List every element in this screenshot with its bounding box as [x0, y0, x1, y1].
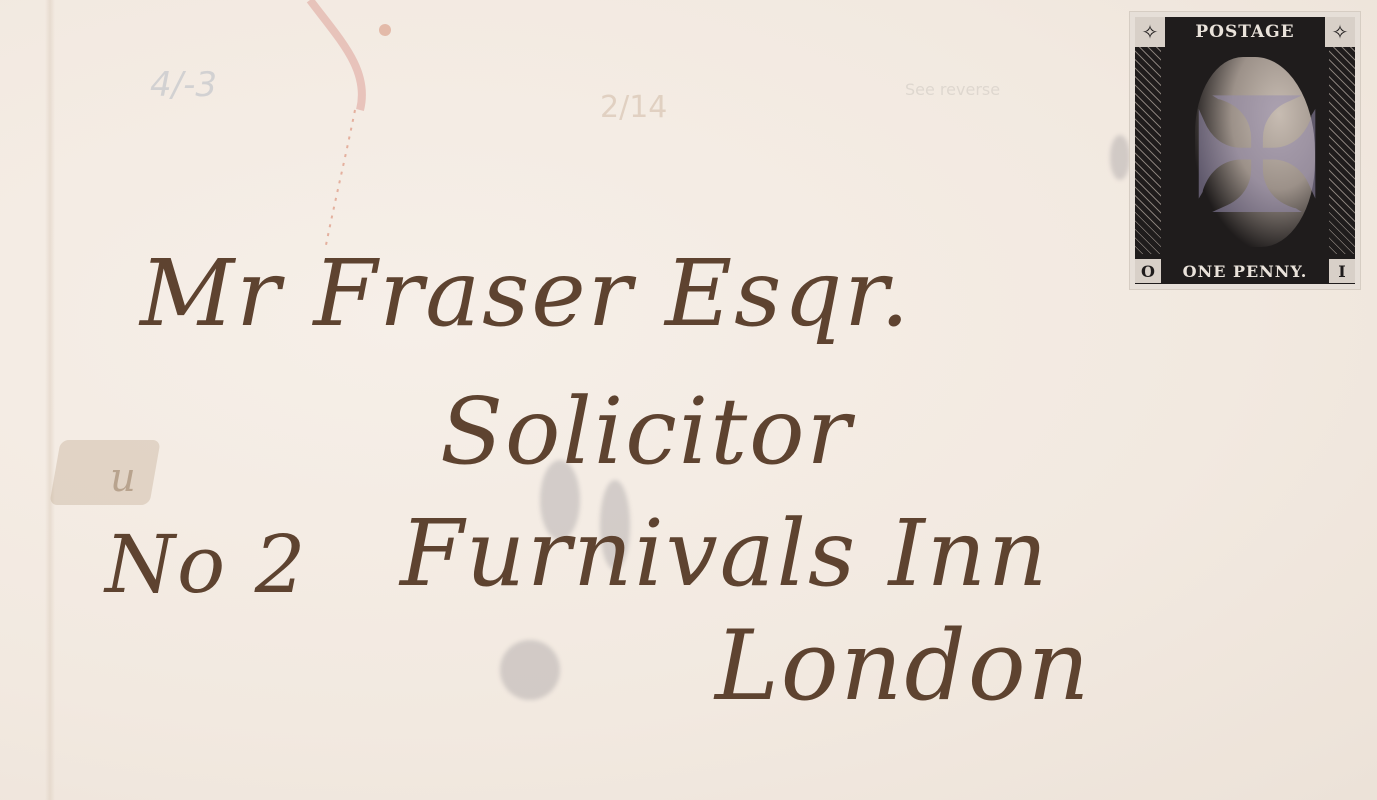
penny-black-stamp: ✧ POSTAGE ✧ ✠ O ONE PENNY. I — [1130, 12, 1360, 289]
stamp-body: ✧ POSTAGE ✧ ✠ O ONE PENNY. I — [1135, 17, 1355, 284]
stamp-value-label: ONE PENNY. — [1183, 262, 1308, 281]
stamp-side-engraving — [1329, 47, 1355, 254]
star-ornament-icon: ✧ — [1135, 17, 1165, 47]
address-line-number: No 2 — [105, 518, 308, 611]
stamp-corner-letter-right: I — [1329, 259, 1355, 283]
envelope-fold — [45, 0, 55, 800]
pencil-note-top-right: See reverse — [905, 80, 1000, 99]
red-crayon-mark — [300, 0, 420, 260]
smudge-mark: u — [110, 455, 136, 501]
stamp-postage-label: POSTAGE — [1195, 22, 1294, 42]
pencil-note-top-left: 4/-3 — [150, 65, 217, 105]
stamp-side-engraving — [1135, 47, 1161, 254]
envelope: 4/-3 2/14 See reverse u Mr Fraser Esqr. … — [0, 0, 1377, 800]
stamp-top-band: ✧ POSTAGE ✧ — [1135, 17, 1355, 47]
pencil-note-top-center: 2/14 — [600, 90, 667, 125]
address-line-place: Furnivals Inn — [400, 500, 1049, 607]
star-ornament-icon: ✧ — [1325, 17, 1355, 47]
stamp-bottom-band: O ONE PENNY. I — [1135, 258, 1355, 284]
ink-smudge — [49, 440, 160, 505]
address-line-city: London — [715, 610, 1091, 722]
postmark-blot — [1110, 135, 1130, 180]
stamp-corner-letter-left: O — [1135, 259, 1161, 283]
address-line-title: Solicitor — [440, 378, 853, 485]
maltese-cross-cancel-icon: ✠ — [1190, 67, 1320, 247]
postmark-blot — [500, 640, 560, 700]
address-line-name: Mr Fraser Esqr. — [140, 240, 911, 347]
